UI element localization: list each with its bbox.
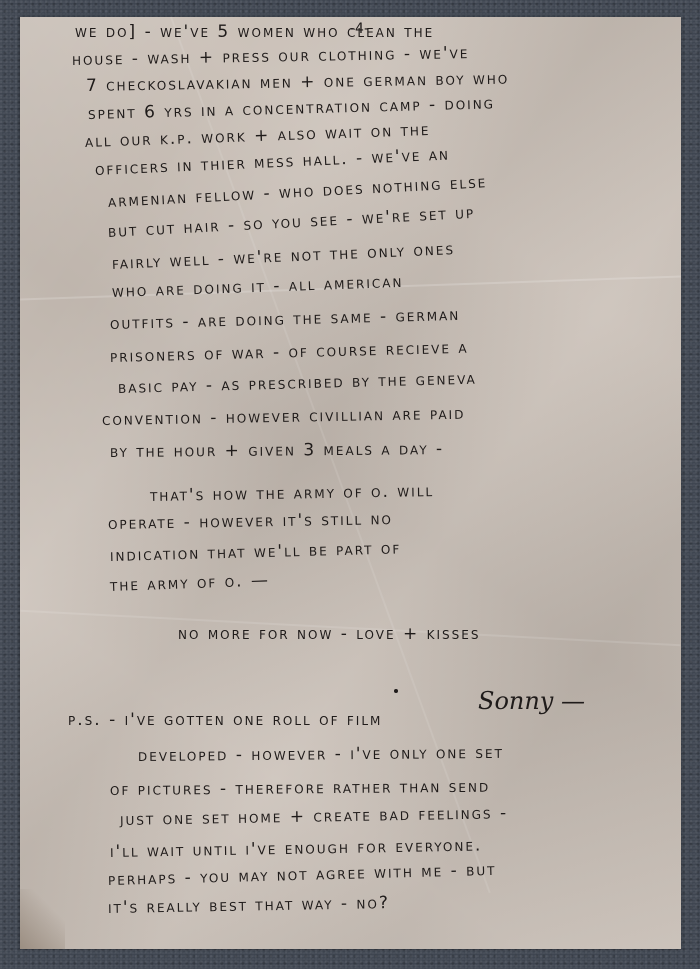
corner-stain: [20, 889, 65, 949]
ps-line: of pictures - Therefore rather than send: [110, 777, 490, 800]
body-line: house - wash + press our clothing - We'v…: [72, 43, 470, 70]
body-line: Convention - However civillian are paid: [102, 404, 466, 430]
body-line: the Army of O. —: [110, 570, 271, 596]
body-line: No more for now - Love + Kisses: [178, 624, 480, 644]
ps-line: P.S. - I've gotten one roll of film: [68, 710, 382, 730]
body-line: outfits - are doing the same - German: [110, 305, 461, 334]
body-line: operate - However it's still no: [108, 509, 393, 534]
ps-line: just one set home + create bad feelings …: [120, 803, 508, 830]
body-line: prisoners of war - of course recieve a: [110, 338, 469, 367]
ps-line: developed - However - I've only one set: [138, 743, 504, 766]
body-line: who are doing it - All American: [112, 272, 404, 302]
body-line: That's how the Army of O. will: [150, 481, 434, 506]
letter-page: -4- we do] - We've 5 women who clean the…: [20, 17, 681, 949]
ps-line: I'll wait until I've enough for everyone…: [110, 836, 483, 862]
body-line: indication that we'll be part of: [110, 538, 402, 566]
body-line: we do] - We've 5 women who clean the: [75, 22, 434, 42]
ps-line: it's really best that way - No?: [108, 893, 390, 918]
signature: Sonny —: [478, 687, 585, 715]
ps-line: Perhaps - you may not agree with me - bu…: [108, 860, 497, 890]
body-line: 7 Checkoslavakian men + one German boy w…: [86, 69, 510, 96]
body-line: by the hour + given 3 meals a day -: [110, 439, 444, 462]
body-line: spent 6 yrs in a concentration camp - do…: [88, 93, 495, 124]
ink-dot: [394, 689, 398, 693]
body-line: fairly well - We're not the only ones: [112, 239, 456, 274]
body-line: basic pay - as prescribed by the Geneva: [118, 369, 477, 398]
body-line: officers in thier mess hall. - We've an: [95, 145, 451, 180]
